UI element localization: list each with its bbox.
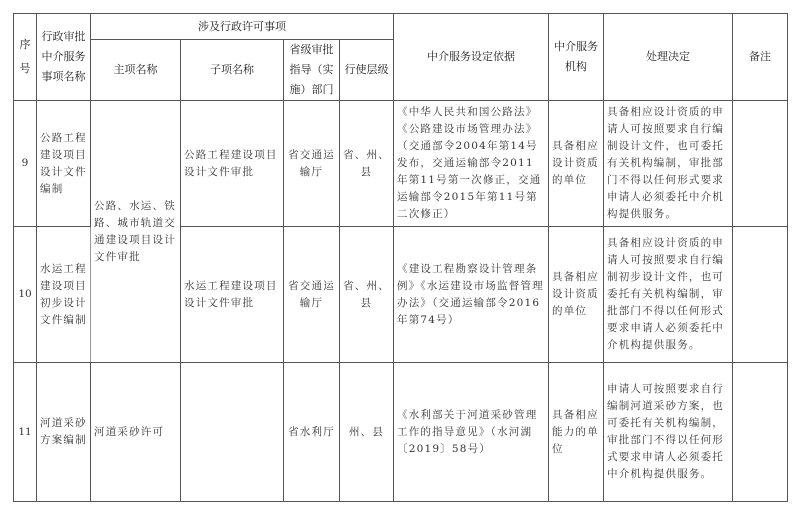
cell-remark: [733, 101, 788, 227]
header-related-permit: 涉及行政许可事项: [91, 14, 394, 40]
cell-main-item: 河道采砂许可: [91, 363, 181, 502]
header-item-name: 行政审批中介服务事项名称: [37, 14, 91, 101]
cell-decision: 申请人可按照要求自行编制河道采砂方案，也可委托有关机构编制，审批部门不得以任何形…: [604, 363, 733, 502]
cell-seq: 10: [14, 227, 37, 363]
cell-basis: 《中华人民共和国公路法》《公路建设市场管理办法》（交通部令2004年第14号发布…: [394, 101, 549, 227]
cell-basis: 《水利部关于河道采砂管理工作的指导意见》（水河湖〔2019〕58号）: [394, 363, 549, 502]
cell-decision: 具备相应设计资质的申请人可按照要求自行编制设计文件，也可委托有关机构编制，审批部…: [604, 101, 733, 227]
cell-department: 省交通运输厅: [284, 101, 340, 227]
cell-seq: 9: [14, 101, 37, 227]
header-level: 行使层级: [340, 40, 394, 101]
cell-agency: 具备相应设计资质的单位: [549, 101, 604, 227]
table-row: 9 公路工程建设项目设计文件编制 公路、水运、铁路、城市轨道交通建设项目设计文件…: [14, 101, 788, 227]
cell-main-item: 公路、水运、铁路、城市轨道交通建设项目设计文件审批: [91, 101, 181, 363]
cell-remark: [733, 227, 788, 363]
header-main-item: 主项名称: [91, 40, 181, 101]
cell-sub-item: 水运工程建设项目设计文件审批: [181, 227, 284, 363]
header-seq: 序号: [14, 14, 37, 101]
cell-basis: 《建设工程勘察设计管理条例》《水运建设市场监督管理办法》（交通运输部令2016年…: [394, 227, 549, 363]
table-row: 11 河道采砂方案编制 河道采砂许可 省水利厅 州、县 《水利部关于河道采砂管理…: [14, 363, 788, 502]
cell-agency: 具备相应设计资质的单位: [549, 227, 604, 363]
cell-level: 省、州、县: [340, 101, 394, 227]
cell-sub-item: [181, 363, 284, 502]
cell-seq: 11: [14, 363, 37, 502]
cell-level: 省、州、县: [340, 227, 394, 363]
cell-agency: 具备相应能力的单位: [549, 363, 604, 502]
cell-decision: 具备相应设计资质的申请人可按照要求自行编制初步设计文件，也可委托有关机构编制，审…: [604, 227, 733, 363]
cell-item-name: 河道采砂方案编制: [37, 363, 91, 502]
header-decision: 处理决定: [604, 14, 733, 101]
cell-item-name: 公路工程建设项目设计文件编制: [37, 101, 91, 227]
cell-sub-item: 公路工程建设项目设计文件审批: [181, 101, 284, 227]
header-sub-item: 子项名称: [181, 40, 284, 101]
cell-level: 州、县: [340, 363, 394, 502]
intermediary-services-table: 序号 行政审批中介服务事项名称 涉及行政许可事项 中介服务设定依据 中介服务机构…: [13, 13, 788, 502]
cell-department: 省交通运输厅: [284, 227, 340, 363]
header-agency: 中介服务机构: [549, 14, 604, 101]
header-remark: 备注: [733, 14, 788, 101]
cell-remark: [733, 363, 788, 502]
header-basis: 中介服务设定依据: [394, 14, 549, 101]
cell-department: 省水利厅: [284, 363, 340, 502]
cell-item-name: 水运工程建设项目初步设计文件编制: [37, 227, 91, 363]
header-department: 省级审批指导（实施）部门: [284, 40, 340, 101]
